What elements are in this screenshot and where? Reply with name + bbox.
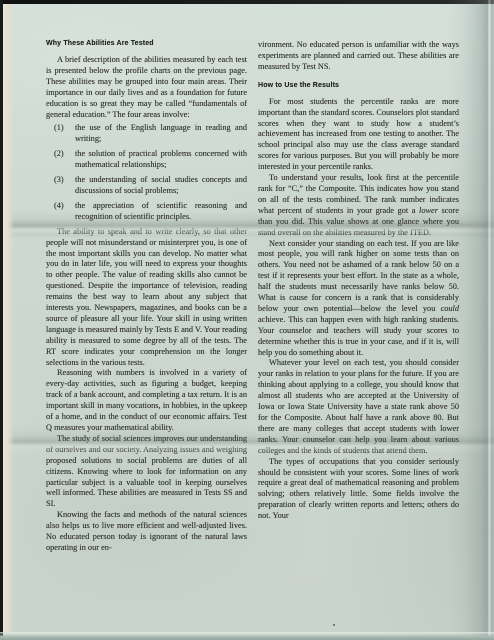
paper-speck xyxy=(333,624,335,626)
list-item-text: the use of the English language in readi… xyxy=(75,123,247,145)
list-item: (4) the appreciation of scientific reaso… xyxy=(46,201,247,223)
left-column: Why These Abilities Are Tested A brief d… xyxy=(46,40,247,554)
paragraph-segment: achieve. This can happen even with high … xyxy=(258,315,459,357)
paragraph-continuation: vironment. No educated person is unfamil… xyxy=(258,40,459,73)
paragraph-segment: Next consider your standing on each test… xyxy=(258,239,459,313)
list-item-number: (1) xyxy=(46,123,75,145)
paragraph-composite-rank: To understand your results, look first a… xyxy=(258,173,459,238)
list-item-number: (3) xyxy=(46,175,75,197)
paper-edge-left xyxy=(3,4,15,632)
list-item: (1) the use of the English language in r… xyxy=(46,123,247,145)
list-item-text: the appreciation of scientific reasoning… xyxy=(75,201,247,223)
paragraph-occupations: The types of occupations that you consid… xyxy=(258,457,459,522)
list-item-text: the understanding of social studies conc… xyxy=(75,175,247,197)
paper-edge-bottom xyxy=(0,632,494,640)
paragraph-math-skills: Reasoning with numbers is involved in a … xyxy=(46,368,247,433)
paragraph-percentile-ranks: For most students the percentile ranks a… xyxy=(258,97,459,173)
right-column: vironment. No educated person is unfamil… xyxy=(258,40,459,554)
list-item: (3) the understanding of social studies … xyxy=(46,175,247,197)
list-item: (2) the solution of practical problems c… xyxy=(46,149,247,171)
numbered-list: (1) the use of the English language in r… xyxy=(46,123,247,222)
scan-edge-top xyxy=(0,0,494,4)
scanned-page: Why These Abilities Are Tested A brief d… xyxy=(0,0,494,640)
page-body: Why These Abilities Are Tested A brief d… xyxy=(46,40,460,554)
paragraph-language-skills: The ability to speak and to write clearl… xyxy=(46,227,247,369)
list-item-number: (4) xyxy=(46,201,75,223)
italic-word-could: could xyxy=(441,304,459,313)
paragraph-college-plans: Whatever your level on each test, you sh… xyxy=(258,358,459,456)
list-item-number: (2) xyxy=(46,149,75,171)
paragraph-each-test: Next consider your standing on each test… xyxy=(258,239,459,359)
paragraph-natural-sciences: Knowing the facts and methods of the nat… xyxy=(46,510,247,554)
paragraph-intro: A brief description of the abilities mea… xyxy=(46,55,247,120)
section-heading-how-to-use: How to Use the Results xyxy=(258,82,459,89)
paragraph-social-sciences: The study of social sciences improves ou… xyxy=(46,434,247,510)
list-item-text: the solution of practical problems conce… xyxy=(75,149,247,171)
italic-word-lower: lower xyxy=(419,206,438,215)
section-heading-why-tested: Why These Abilities Are Tested xyxy=(46,40,247,47)
